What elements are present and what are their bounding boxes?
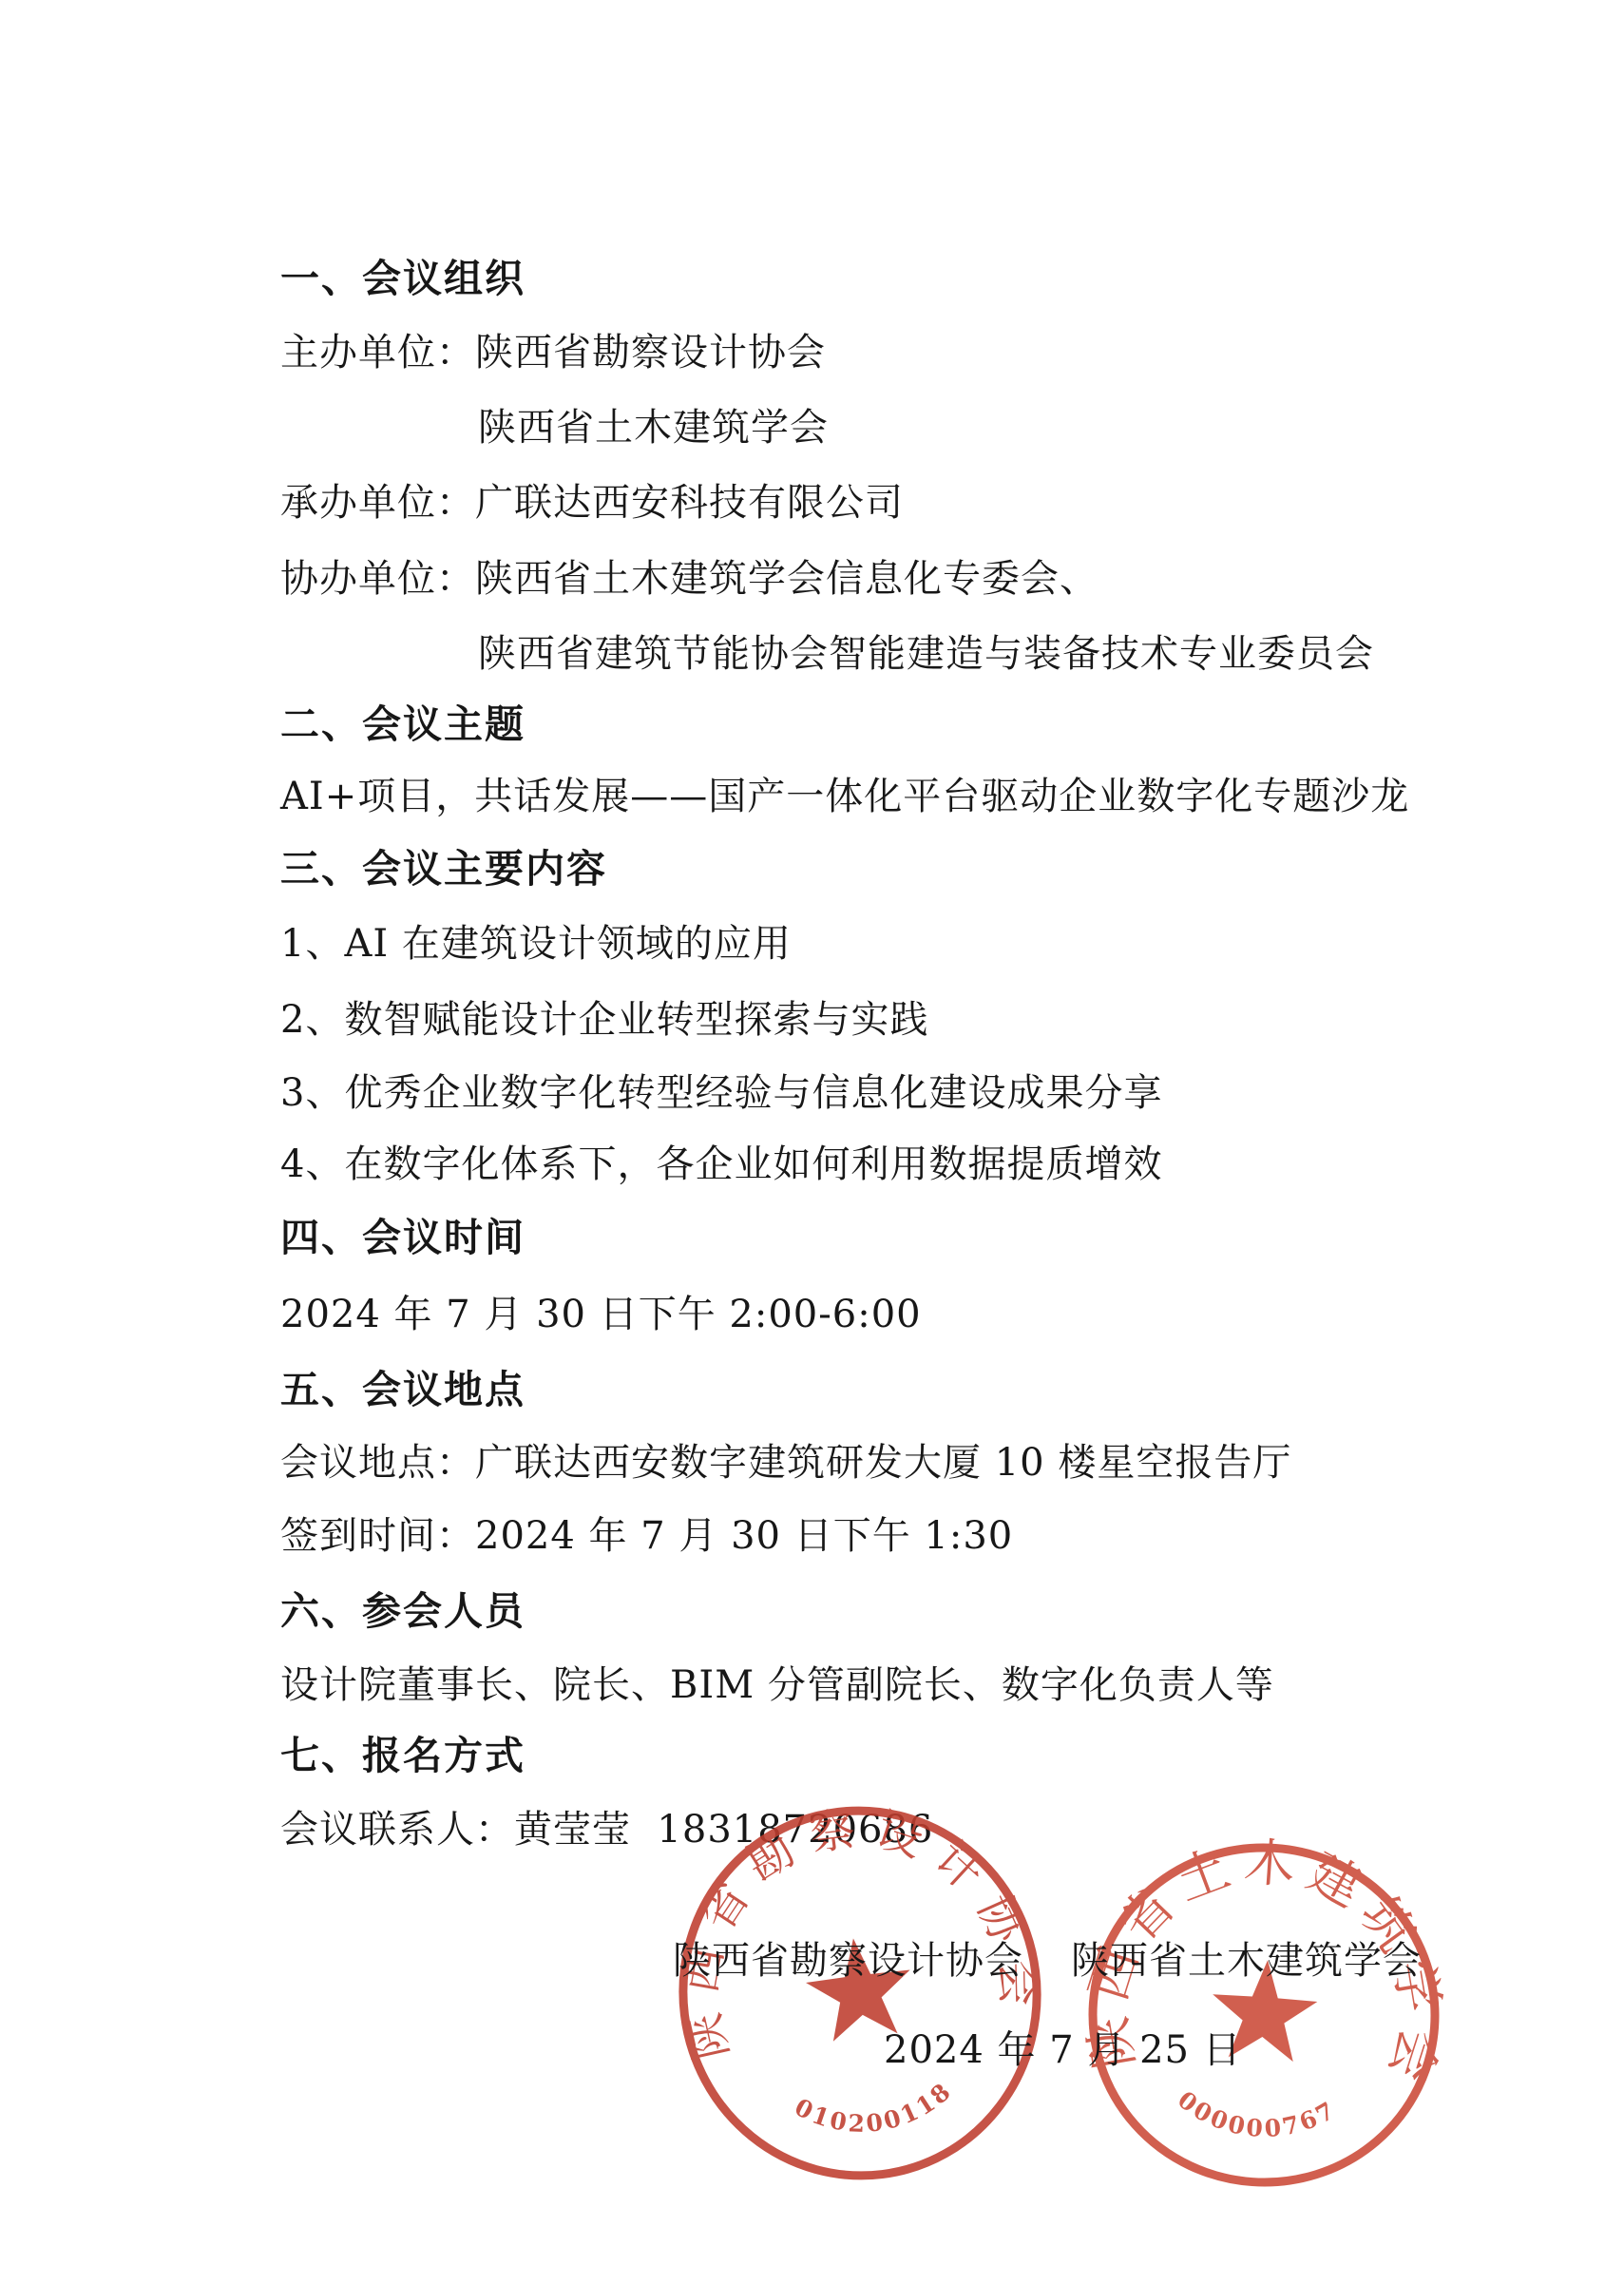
content-item-3: 3、优秀企业数字化转型经验与信息化建设成果分享 xyxy=(280,1071,1162,1115)
signature-org-left: 陕西省勘察设计协会 xyxy=(673,1939,1023,1983)
official-seal-civil-engineering-society: 陕西省土木建筑学会 6100000076741 xyxy=(1061,1813,1467,2218)
meeting-time-line: 2024 年 7 月 30 日下午 2:00-6:00 xyxy=(280,1293,922,1336)
content-item-1: 1、AI 在建筑设计领域的应用 xyxy=(280,922,792,966)
heading-meeting-theme: 二、会议主题 xyxy=(280,702,525,747)
heading-meeting-content: 三、会议主要内容 xyxy=(280,847,607,892)
content-item-2: 2、数智赋能设计企业转型探索与实践 xyxy=(280,998,928,1042)
heading-registration: 七、报名方式 xyxy=(280,1734,525,1778)
host-unit-line: 主办单位：陕西省勘察设计协会 xyxy=(280,331,826,374)
participants-line: 设计院董事长、院长、BIM 分管副院长、数字化负责人等 xyxy=(280,1663,1274,1707)
heading-meeting-place: 五、会议地点 xyxy=(280,1368,525,1412)
co-organizer-line-2: 陕西省建筑节能协会智能建造与装备技术专业委员会 xyxy=(478,632,1374,676)
signature-date: 2024 年 7 月 25 日 xyxy=(884,2028,1242,2072)
heading-meeting-time: 四、会议时间 xyxy=(280,1216,525,1260)
meeting-place-line: 会议地点：广联达西安数字建筑研发大厦 10 楼星空报告厅 xyxy=(280,1441,1291,1485)
heading-meeting-organization: 一、会议组织 xyxy=(280,257,525,301)
host-unit-line-2: 陕西省土木建筑学会 xyxy=(478,406,829,450)
meeting-theme-line: AI+项目，共话发展——国产一体化平台驱动企业数字化专题沙龙 xyxy=(280,775,1409,818)
signature-org-right: 陕西省土木建筑学会 xyxy=(1071,1939,1422,1983)
official-seal-survey-design-association: 陕西省勘察设计协会 6101020011837 xyxy=(648,1781,1072,2205)
check-in-time-line: 签到时间：2024 年 7 月 30 日下午 1:30 xyxy=(280,1514,1013,1558)
co-organizer-line: 协办单位：陕西省土木建筑学会信息化专委会、 xyxy=(280,557,1099,601)
heading-participants: 六、参会人员 xyxy=(280,1589,525,1634)
content-item-4: 4、在数字化体系下，各企业如何利用数据提质增效 xyxy=(280,1142,1162,1186)
document-page: 一、会议组织 主办单位：陕西省勘察设计协会 陕西省土木建筑学会 承办单位：广联达… xyxy=(0,0,1624,2284)
organizer-unit-line: 承办单位：广联达西安科技有限公司 xyxy=(280,481,904,525)
